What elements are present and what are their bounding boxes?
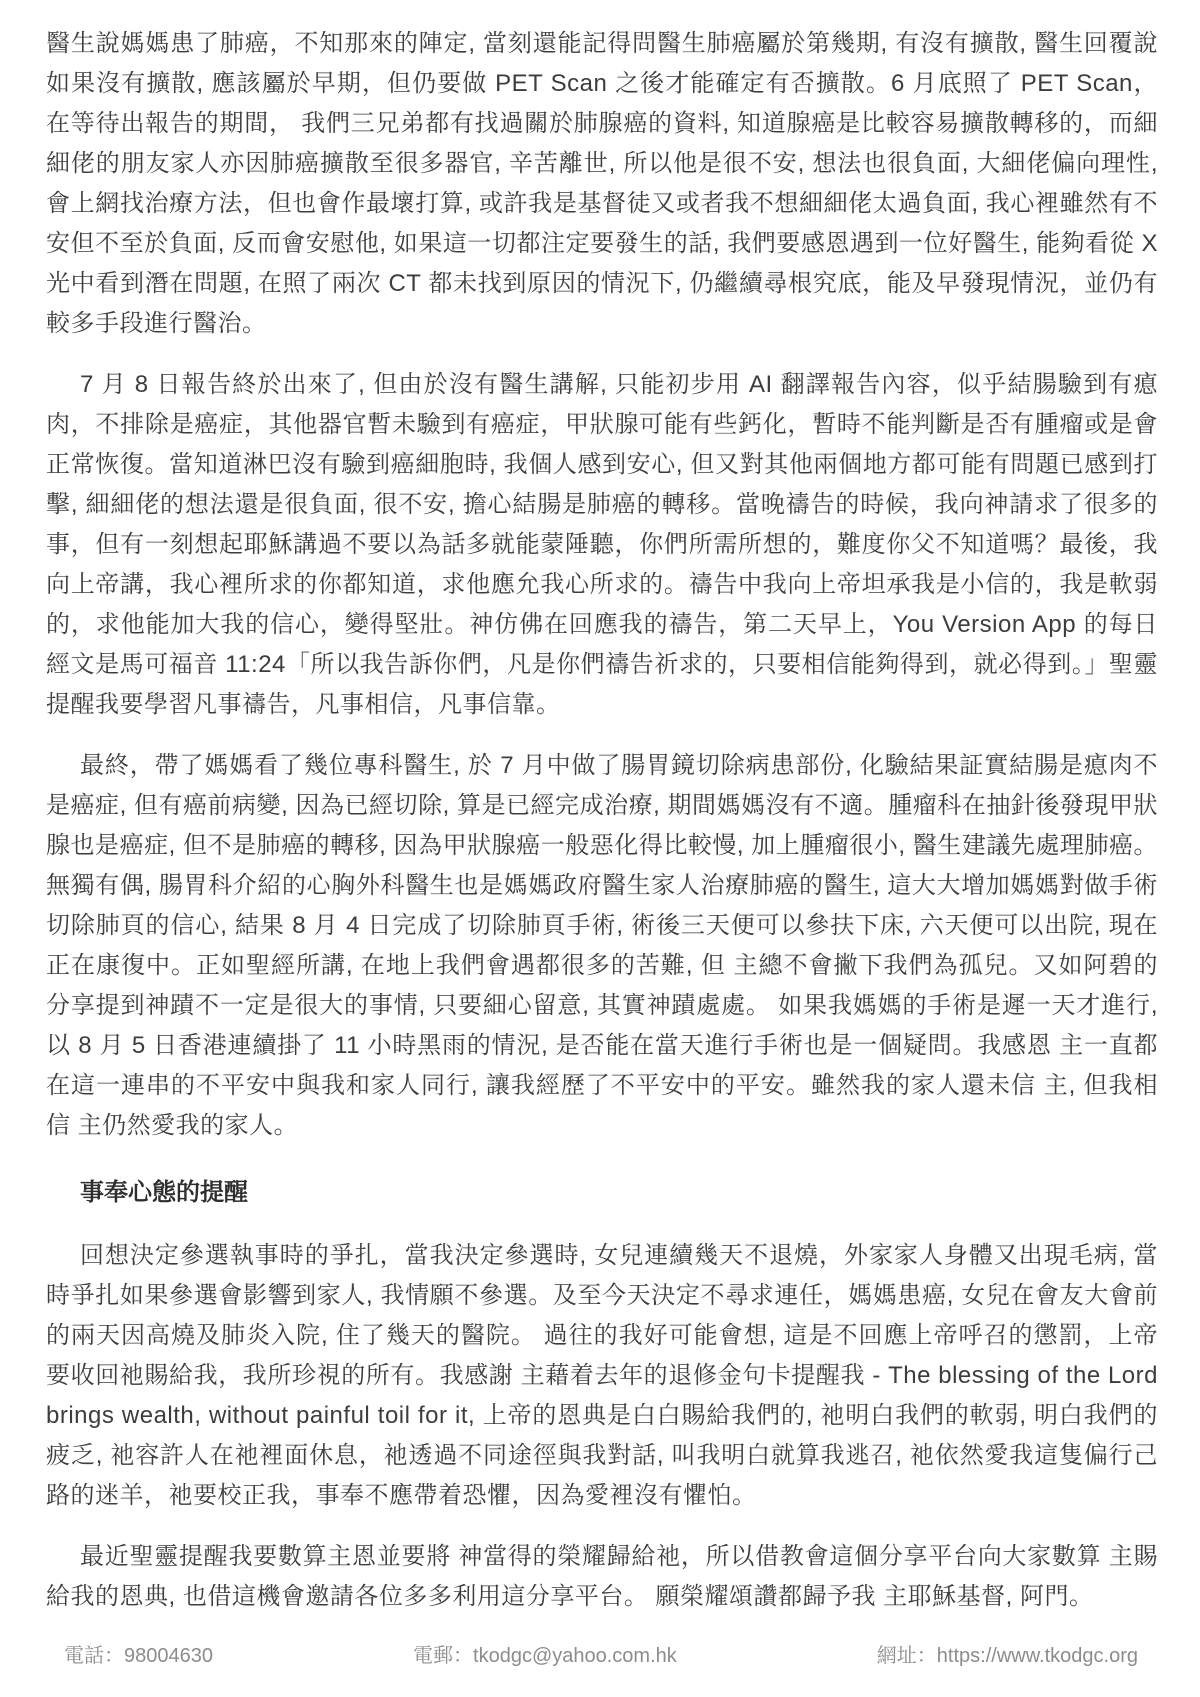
paragraph-report-and-prayer: 7 月 8 日報告終於出來了, 但由於沒有醫生講解, 只能初步用 AI 翻譯報告… — [46, 365, 1158, 725]
footer-email-value: tkodgc@yahoo.com.hk — [473, 1645, 677, 1667]
footer-website: 網址：https://www.tkodgc.org — [877, 1643, 1138, 1669]
document-body: 醫生說媽媽患了肺癌，不知那來的陣定, 當刻還能記得問醫生肺癌屬於第幾期, 有沒有… — [46, 24, 1158, 1617]
footer-phone-label: 電話： — [64, 1645, 124, 1667]
footer-email: 電郵：tkodgc@yahoo.com.hk — [413, 1643, 677, 1669]
footer-website-value: https://www.tkodgc.org — [937, 1645, 1138, 1667]
footer-website-label: 網址： — [877, 1645, 937, 1667]
page-footer: 電話：98004630 電郵：tkodgc@yahoo.com.hk 網址：ht… — [0, 1643, 1200, 1669]
paragraph-testimony-continued: 醫生說媽媽患了肺癌，不知那來的陣定, 當刻還能記得問醫生肺癌屬於第幾期, 有沒有… — [46, 24, 1158, 344]
footer-phone-value: 98004630 — [124, 1645, 213, 1667]
footer-phone: 電話：98004630 — [64, 1643, 213, 1669]
paragraph-surgery-and-recovery: 最終，帶了媽媽看了幾位專科醫生, 於 7 月中做了腸胃鏡切除病患部份, 化驗結果… — [46, 746, 1158, 1146]
paragraph-counting-blessings: 最近聖靈提醒我要數算主恩並要將 神當得的榮耀歸給祂，所以借教會這個分享平台向大家… — [46, 1537, 1158, 1617]
document-page: 醫生說媽媽患了肺癌，不知那來的陣定, 當刻還能記得問醫生肺癌屬於第幾期, 有沒有… — [0, 0, 1200, 1697]
paragraph-deacon-election-struggle: 回想決定參選執事時的爭扎，當我決定參選時, 女兒連續幾天不退燒，外家家人身體又出… — [46, 1236, 1158, 1516]
footer-email-label: 電郵： — [413, 1645, 473, 1667]
section-heading-serving-mindset: 事奉心態的提醒 — [80, 1173, 1158, 1213]
